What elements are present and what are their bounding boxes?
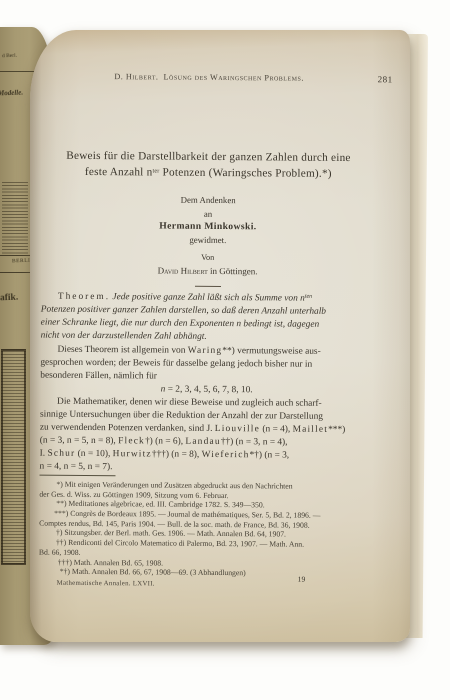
theorem-line3: einer Schranke liegt, die nur durch den … [41, 319, 320, 331]
running-head-title: Lösung des Waringschen Problems. [164, 73, 304, 83]
page-content: D. Hilbert. Lösung des Waringschen Probl… [25, 29, 410, 644]
theorem-line4: nicht von der darzustellenden Zahl abhän… [41, 332, 207, 343]
running-head: D. Hilbert. Lösung des Waringschen Probl… [43, 73, 402, 84]
p3-l5-mid1: (n = 10), [75, 449, 112, 459]
footnote-5-line1: ††) Rendiconti del Circolo Matematico di… [56, 539, 304, 549]
p3-l4-mid: †) (n = 6), [145, 436, 186, 446]
spine-fragment-word: Modelle. [0, 89, 23, 98]
theorem-line2: Potenzen positiver ganzer Zahlen darstel… [41, 306, 326, 318]
dedication-line4: gewidmet. [41, 235, 374, 246]
paragraph2-line2: gesprochen worden; der Beweis für dassel… [40, 359, 312, 371]
book-photo: d Berl. Modelle. BERLIN afik. D. Hilbert… [0, 0, 450, 700]
theorem-line1-text: Jede positive ganze Zahl läßt sich als S… [110, 292, 305, 304]
p3-l4-post: ††) (n = 3, n = 4), [221, 437, 288, 448]
p3-l3-mid: (n = 4), [260, 424, 293, 434]
paragraph2-line3: besonderen Fällen, nämlich für [40, 372, 157, 382]
theorem-line1: Theorem. Jede positive ganze Zahl läßt s… [58, 293, 312, 304]
p3-l4-pre: (n = 3, n = 5, n = 8), [40, 436, 118, 447]
spine-fragment-large: afik. [0, 293, 18, 304]
paragraph3-line1: Die Mathematiker, denen wir diese Beweis… [57, 398, 322, 409]
theorem-superscript: ten [305, 293, 312, 299]
footnote-rule [39, 475, 115, 477]
p3-l5-post: *†) (n = 3, [249, 450, 289, 460]
dedication-line2: an [42, 209, 375, 220]
p3-l3-post: ***) [328, 425, 345, 435]
byline-von: Von [41, 253, 374, 264]
article-title-line1: Beweis für die Darstellbarkeit der ganze… [42, 151, 375, 165]
paragraph3-line3: zu verwendenden Potenzen verdanken, sind… [40, 424, 345, 436]
paragraph3-line5: I. Schur (n = 10), Hurwitz†††) (n = 8), … [40, 450, 290, 461]
author-line: David Hilbert in Göttingen. [41, 266, 374, 278]
paragraph2-line1: Dieses Theorem ist allgemein von Waring*… [57, 346, 320, 357]
page-number: 281 [378, 75, 393, 84]
article-title-line2: feste Anzahl nter Potenzen (Waringsches … [42, 167, 375, 181]
paragraph3-line2: sinnige Untersuchungen über die Reduktio… [40, 411, 323, 423]
footnote-5-line2: Bd. 66, 1908. [39, 549, 81, 557]
footnote-7: *†) Math. Annalen Bd. 66, 67, 1908—69. (… [60, 568, 246, 577]
footnote-1-line1: *) Mit einigen Veränderungen und Zusätze… [56, 481, 292, 491]
title-superscript: ter [152, 168, 159, 174]
author-suffix: in Göttingen. [208, 266, 258, 276]
p3-schur-name: Schur [47, 449, 75, 459]
dedication-line1: Dem Andenken [42, 195, 375, 206]
p3-l5-mid2: †††) (n = 8), [152, 449, 202, 459]
p3-l3-pre: zu verwendenden Potenzen verdanken, sind… [40, 423, 215, 434]
dedication-name: Hermann Minkowski. [41, 221, 374, 233]
volume-signature-line: Mathematische Annalen. LXVII. [57, 581, 155, 589]
title-line2-post: Potenzen (Waringsches Problem).*) [159, 167, 331, 180]
equation: n = 2, 3, 4, 5, 6, 7, 8, 10. [40, 385, 373, 397]
p3-landau-name: Landau [185, 437, 220, 447]
p2-waring-name: Waring [188, 346, 223, 356]
book-page: D. Hilbert. Lösung des Waringschen Probl… [30, 30, 410, 642]
title-divider-rule [195, 286, 221, 287]
author-name: David Hilbert [158, 266, 208, 276]
title-line2-pre: feste Anzahl n [85, 166, 153, 179]
sheet-signature-mark: 19 [298, 576, 306, 584]
spine-ad-bordered-block [1, 349, 26, 565]
equation-values: = 2, 3, 4, 5, 6, 7, 8, 10. [165, 385, 252, 396]
p2-l1-post: **) vermutungsweise aus- [222, 346, 320, 357]
p2-l1-pre: Dieses Theorem ist allgemein von [57, 345, 187, 356]
footnote-4: †) Sitzungsber. der Berl. math. Ges. 190… [56, 529, 286, 539]
spine-fragment-text: d Berl. [2, 53, 17, 60]
p3-fleck-name: Fleck [118, 436, 145, 446]
p3-maillet-name: Maillet [293, 425, 329, 435]
spine-ad-text-block [2, 182, 28, 254]
p3-l5-pre: I. [40, 449, 48, 459]
running-head-author: D. Hilbert. [114, 72, 158, 81]
p3-liouville-name: Liouville [215, 424, 260, 434]
p3-wieferich-name: Wieferich [202, 450, 250, 460]
theorem-lead: Theorem. [58, 292, 110, 302]
footnote-2: **) Meditationes algebricae, ed. III. Ca… [56, 500, 264, 509]
paragraph3-line4: (n = 3, n = 5, n = 8), Fleck†) (n = 6), … [40, 437, 288, 448]
paragraph3-line6: n = 4, n = 5, n = 7). [40, 463, 113, 473]
p3-hurwitz-name: Hurwitz [113, 449, 152, 459]
